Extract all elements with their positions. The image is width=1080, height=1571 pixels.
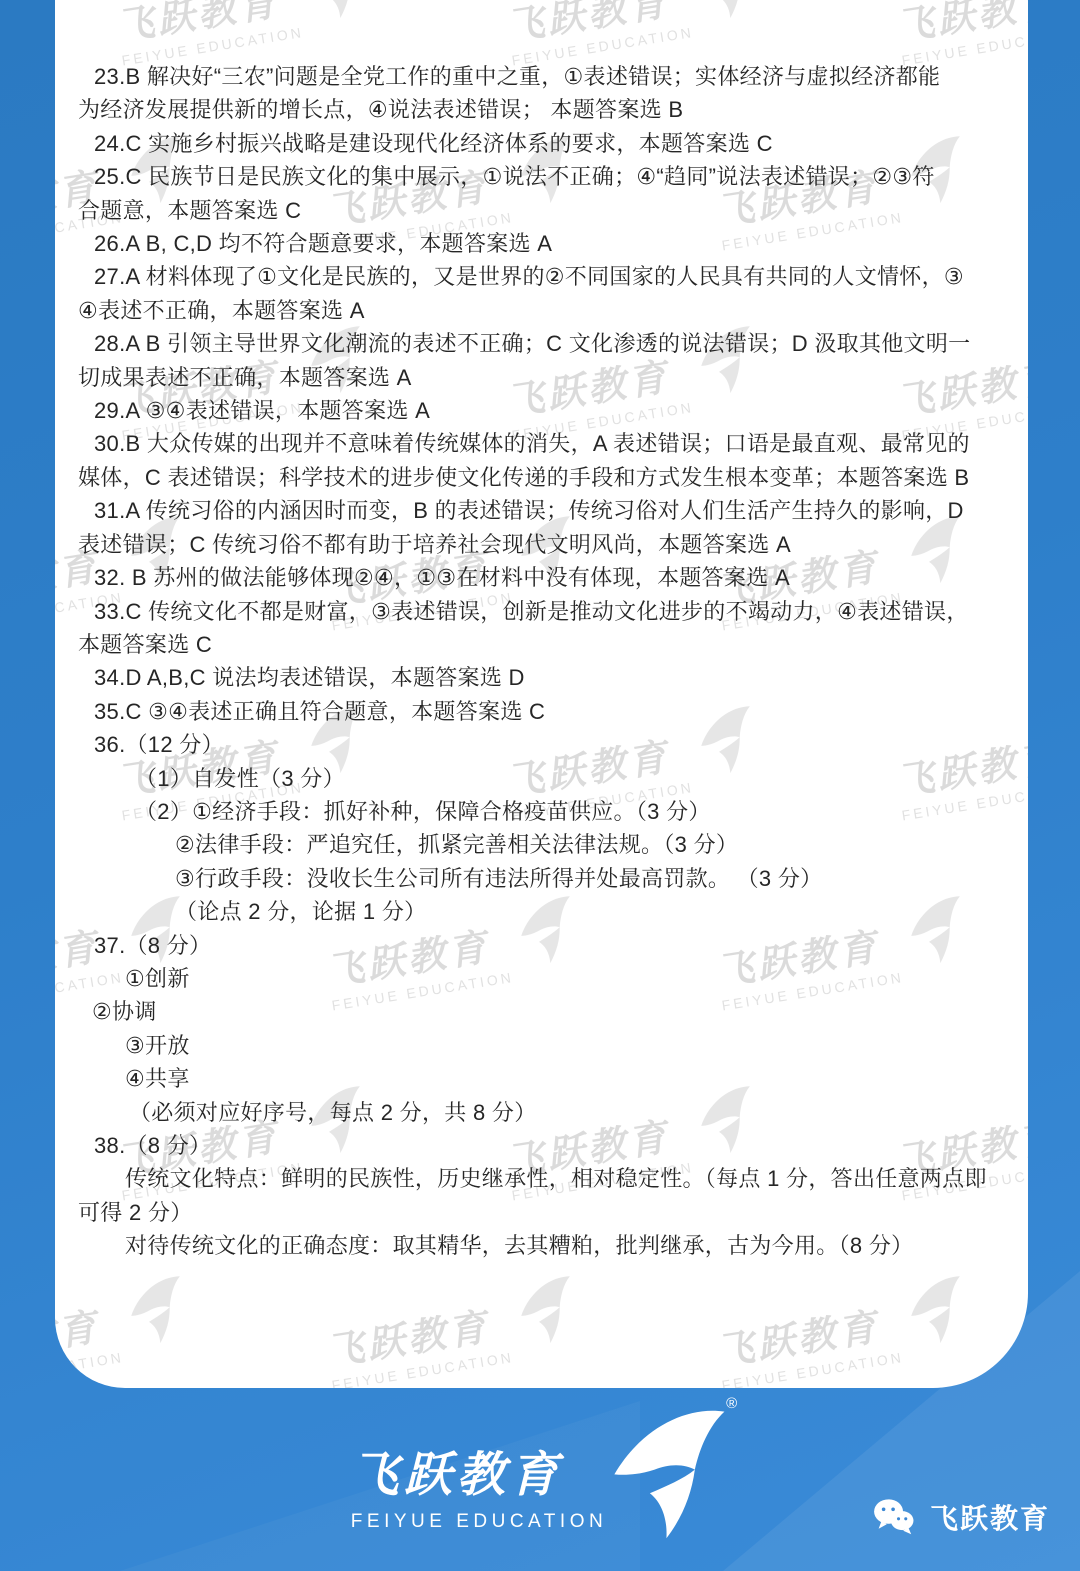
doc-line: （1）自发性（3 分） — [55, 762, 1028, 795]
doc-line: ②法律手段：严追究任，抓紧完善相关法律法规。（3 分） — [55, 828, 1028, 861]
doc-line: ①创新 — [55, 962, 1028, 995]
paper-plane-icon — [609, 1401, 729, 1543]
doc-line: 36.（12 分） — [55, 728, 1028, 761]
doc-line: ③开放 — [55, 1029, 1028, 1062]
doc-line: 27.A 材料体现了①文化是民族的，又是世界的②不同国家的人民具有共同的人文情怀… — [55, 260, 1028, 293]
watermark: 飞跃教育FEIYUE EDUCATION — [55, 1271, 196, 1388]
doc-line: 本题答案选 C — [55, 628, 1028, 661]
feiyue-logo-en: FEIYUE EDUCATION — [351, 1511, 607, 1533]
wechat-icon — [872, 1498, 916, 1536]
doc-line: 26.A B, C,D 均不符合题意要求，本题答案选 A — [55, 227, 1028, 260]
watermark-cn: 飞跃教育 — [55, 1293, 122, 1376]
doc-line: 33.C 传统文化不都是财富，③表述错误，创新是推动文化进步的不竭动力，④表述错… — [55, 595, 1028, 628]
doc-line: 29.A ③④表述错误，本题答案选 A — [55, 394, 1028, 427]
doc-line: （2）①经济手段：抓好补种，保障合格疫苗供应。（3 分） — [55, 795, 1028, 828]
doc-line: 表述错误；C 传统习俗不都有助于培养社会现代文明风尚，本题答案选 A — [55, 528, 1028, 561]
doc-line: 31.A 传统习俗的内涵因时而变，B 的表述错误；传统习俗对人们生活产生持久的影… — [55, 494, 1028, 527]
paper-plane-icon — [901, 1271, 973, 1350]
doc-line: 34.D A,B,C 说法均表述错误，本题答案选 D — [55, 661, 1028, 694]
doc-line: 为经济发展提供新的增长点，④说法表述错误； 本题答案选 B — [55, 93, 1028, 126]
watermark-cn: 飞跃教育 — [322, 1293, 512, 1376]
doc-line: （论点 2 分，论据 1 分） — [55, 895, 1028, 928]
answer-key-document: 23.B 解决好“三农”问题是全党工作的重中之重，①表述错误；实体经济与虚拟经济… — [55, 0, 1028, 1263]
doc-line: 对待传统文化的正确态度：取其精华，去其糟粕，批判继承，古为今用。（8 分） — [55, 1229, 1028, 1262]
doc-line: 38.（8 分） — [55, 1129, 1028, 1162]
watermark-en: FEIYUE EDUCATION — [55, 1349, 125, 1388]
doc-line: ②协调 — [55, 995, 1028, 1028]
doc-line: 37.（8 分） — [55, 929, 1028, 962]
doc-line: 32. B 苏州的做法能够体现②④，①③在材料中没有体现，本题答案选 A — [55, 561, 1028, 594]
doc-line: 可得 2 分） — [55, 1196, 1028, 1229]
doc-line: 合题意，本题答案选 C — [55, 194, 1028, 227]
doc-line: 切成果表述不正确，本题答案选 A — [55, 361, 1028, 394]
doc-line: 25.C 民族节日是民族文化的集中展示，①说法不正确；④“趋同”说法表述错误；②… — [55, 160, 1028, 193]
paper-plane-icon — [121, 1271, 193, 1350]
watermark: 飞跃教育FEIYUE EDUCATION — [320, 1271, 586, 1388]
wechat-badge: 飞跃教育 — [872, 1497, 1050, 1537]
wechat-account-name: 飞跃教育 — [930, 1497, 1050, 1537]
doc-line: 23.B 解决好“三农”问题是全党工作的重中之重，①表述错误；实体经济与虚拟经济… — [55, 60, 1028, 93]
watermark-en: FEIYUE EDUCATION — [331, 1349, 515, 1388]
doc-line: 24.C 实施乡村振兴战略是建设现代化经济体系的要求，本题答案选 C — [55, 127, 1028, 160]
doc-line: 35.C ③④表述正确且符合题意，本题答案选 C — [55, 695, 1028, 728]
paper-plane-icon — [511, 1271, 583, 1350]
doc-line: ④表述不正确，本题答案选 A — [55, 294, 1028, 327]
doc-line: 30.B 大众传媒的出现并不意味着传统媒体的消失，A 表述错误；口语是最直观、最… — [55, 427, 1028, 460]
feiyue-logo-cn: 飞跃教育 — [351, 1436, 607, 1505]
answer-sheet-card: 飞跃教育FEIYUE EDUCATION飞跃教育FEIYUE EDUCATION… — [55, 0, 1028, 1388]
doc-line: 传统文化特点：鲜明的民族性，历史继承性，相对稳定性。（每点 1 分，答出任意两点… — [55, 1162, 1028, 1195]
watermark: 飞跃教育FEIYUE EDUCATION — [710, 1271, 976, 1388]
doc-line: ③行政手段：没收长生公司所有违法所得并处最高罚款。 （3 分） — [55, 862, 1028, 895]
feiyue-logo: 飞跃教育 FEIYUE EDUCATION ® — [351, 1401, 729, 1543]
registered-mark: ® — [726, 1395, 737, 1412]
watermark-en: FEIYUE EDUCATION — [721, 1349, 905, 1388]
doc-line: ④共享 — [55, 1062, 1028, 1095]
doc-line: 28.A B 引领主导世界文化潮流的表述不正确；C 文化渗透的说法错误；D 汲取… — [55, 327, 1028, 360]
doc-line: （必须对应好序号，每点 2 分，共 8 分） — [55, 1096, 1028, 1129]
watermark-cn: 飞跃教育 — [712, 1293, 902, 1376]
doc-line: 媒体，C 表述错误；科学技术的进步使文化传递的手段和方式发生根本变革；本题答案选… — [55, 461, 1028, 494]
